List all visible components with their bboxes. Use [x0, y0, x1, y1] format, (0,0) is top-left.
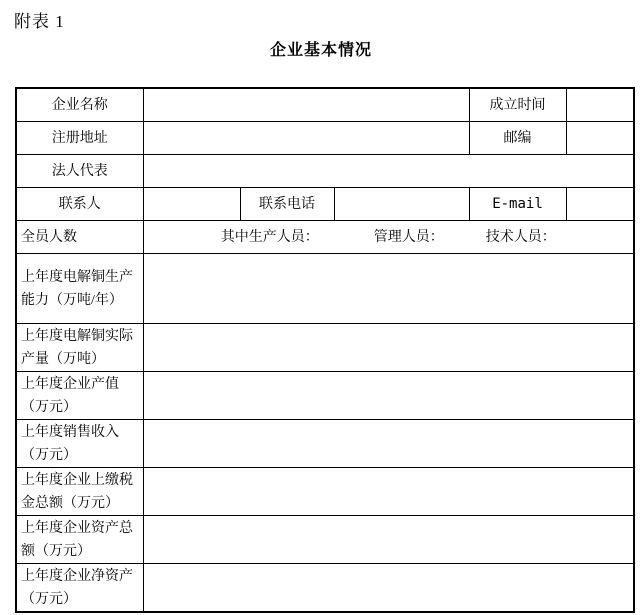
net-assets-input-cell[interactable] [143, 564, 634, 613]
postal-label: 邮编 [469, 122, 566, 155]
capacity-label: 上年度电解铜生产能力（万吨/年） [16, 254, 143, 324]
table-row: 上年度企业资产总额（万元） [16, 516, 634, 564]
table-row: 上年度电解铜生产能力（万吨/年） [16, 254, 634, 324]
address-label: 注册地址 [16, 122, 143, 155]
phone-input-cell[interactable] [334, 188, 469, 221]
table-row: 企业名称 成立时间 [16, 88, 634, 122]
page-title: 企业基本情况 [0, 37, 642, 60]
table-row: 上年度企业上缴税金总额（万元） [16, 468, 634, 516]
table-row: 上年度电解铜实际产量（万吨） [16, 324, 634, 372]
contact-label: 联系人 [16, 188, 143, 221]
assets-total-label: 上年度企业资产总额（万元） [16, 516, 143, 564]
actual-output-input-cell[interactable] [143, 324, 634, 372]
email-input-cell[interactable] [566, 188, 634, 221]
address-input-cell[interactable] [143, 122, 469, 155]
management-staff-label: 管理人员： [374, 230, 444, 245]
table-row: 上年度企业产值（万元） [16, 372, 634, 420]
capacity-input-cell[interactable] [143, 254, 634, 324]
headcount-breakdown-cell[interactable]: 其中生产人员：管理人员：技术人员： [143, 221, 634, 254]
production-staff-label: 其中生产人员： [221, 230, 319, 245]
tax-total-label: 上年度企业上缴税金总额（万元） [16, 468, 143, 516]
appendix-label: 附表 1 [14, 7, 65, 32]
table-row: 联系人 联系电话 E-mail [16, 188, 634, 221]
table-row: 法人代表 [16, 155, 634, 188]
established-input-cell[interactable] [566, 88, 634, 122]
table-row: 注册地址 邮编 [16, 122, 634, 155]
net-assets-label: 上年度企业净资产（万元） [16, 564, 143, 613]
email-label: E-mail [469, 188, 566, 221]
table-row: 全员人数 其中生产人员：管理人员：技术人员： [16, 221, 634, 254]
legal-rep-input-cell[interactable] [143, 155, 634, 188]
headcount-label: 全员人数 [16, 221, 143, 254]
established-label: 成立时间 [469, 88, 566, 122]
technical-staff-label: 技术人员： [486, 230, 556, 245]
output-value-label: 上年度企业产值（万元） [16, 372, 143, 420]
postal-input-cell[interactable] [566, 122, 634, 155]
company-name-label: 企业名称 [16, 88, 143, 122]
contact-input-cell[interactable] [143, 188, 240, 221]
assets-total-input-cell[interactable] [143, 516, 634, 564]
sales-revenue-label: 上年度销售收入（万元） [16, 420, 143, 468]
actual-output-label: 上年度电解铜实际产量（万吨） [16, 324, 143, 372]
table-row: 上年度企业净资产（万元） [16, 564, 634, 613]
document-page: 附表 1 企业基本情况 企业名称 成立时间 注册地址 邮编 [0, 0, 642, 615]
sales-revenue-input-cell[interactable] [143, 420, 634, 468]
phone-label: 联系电话 [240, 188, 334, 221]
enterprise-info-table: 企业名称 成立时间 注册地址 邮编 法人代表 联系人 联系电话 E-mail [15, 87, 635, 613]
company-name-input-cell[interactable] [143, 88, 469, 122]
tax-total-input-cell[interactable] [143, 468, 634, 516]
legal-rep-label: 法人代表 [16, 155, 143, 188]
output-value-input-cell[interactable] [143, 372, 634, 420]
table-row: 上年度销售收入（万元） [16, 420, 634, 468]
